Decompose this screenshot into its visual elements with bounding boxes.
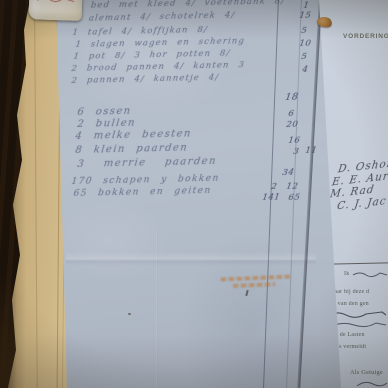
- stamp-text-row: [233, 282, 275, 288]
- handwritten-entry: 8 klein paarden: [75, 142, 189, 156]
- handwritten-entry: 2 pannen 4/ kannetje 4/: [71, 73, 220, 86]
- handwritten-entry: 1 alemant 4/ schotelrek 4/: [73, 10, 236, 24]
- amount-value: 2: [271, 182, 278, 192]
- amount-value: 20: [286, 120, 299, 130]
- handwritten-entry: 1 bed met kleed 4/ voetenbank 8/: [75, 0, 286, 11]
- amount-value: 5: [301, 26, 308, 36]
- horizontal-crease: [66, 252, 316, 266]
- archival-ledger-photo: VORDERINGEN D. Oshor E. E. Aur M. Rad C.…: [0, 0, 388, 388]
- stamp-text-row: [221, 274, 291, 281]
- amount-value: 4: [302, 65, 309, 75]
- vertical-crease: [156, 230, 158, 388]
- faint-ink-stamp: [219, 272, 294, 291]
- ink-speck: [128, 313, 131, 315]
- handwritten-fill-in-scrawl: [352, 269, 388, 279]
- amount-value: 3: [293, 147, 300, 157]
- amount-value: 15: [299, 11, 312, 21]
- amount-value: 1: [303, 1, 310, 11]
- amount-value: 141: [262, 192, 281, 203]
- cents-value: 65: [288, 193, 301, 203]
- torn-edge-shadow: [6, 0, 26, 388]
- handwritten-entry: 65 bokken en geiten: [73, 186, 212, 199]
- page-fold-line: [34, 0, 38, 388]
- printed-heading: VORDERINGEN: [343, 33, 388, 40]
- cents-value: 12: [286, 182, 299, 192]
- ink-mark: [245, 290, 248, 296]
- printed-line: Ik: [344, 271, 349, 277]
- amount-value: 5: [301, 52, 308, 62]
- amount-value: 10: [299, 39, 312, 49]
- subtotal-value: 18: [284, 92, 299, 103]
- red-label-scrawl: [35, 0, 77, 6]
- witness-signature-scrawl: [356, 379, 388, 388]
- handwritten-entry: 6 ossen: [77, 106, 132, 118]
- witness-label: Als Getuige: [350, 369, 383, 376]
- handwritten-entry: 2 bullen: [77, 118, 137, 130]
- amount-value: 6: [288, 109, 295, 119]
- amount-value: 16: [288, 136, 301, 146]
- handwritten-entry: 3 merrie paarden: [77, 156, 218, 170]
- handwritten-entry: 170 schapen y bokken: [71, 174, 220, 187]
- printed-divider-rule: [330, 262, 388, 264]
- paper-label-sticker: [29, 0, 83, 21]
- handwritten-entry: 1 tafel 4/ koffijkan 8/: [72, 25, 209, 38]
- amount-value: 34: [282, 168, 295, 178]
- handwritten-entry: 4 melke beesten: [75, 128, 193, 142]
